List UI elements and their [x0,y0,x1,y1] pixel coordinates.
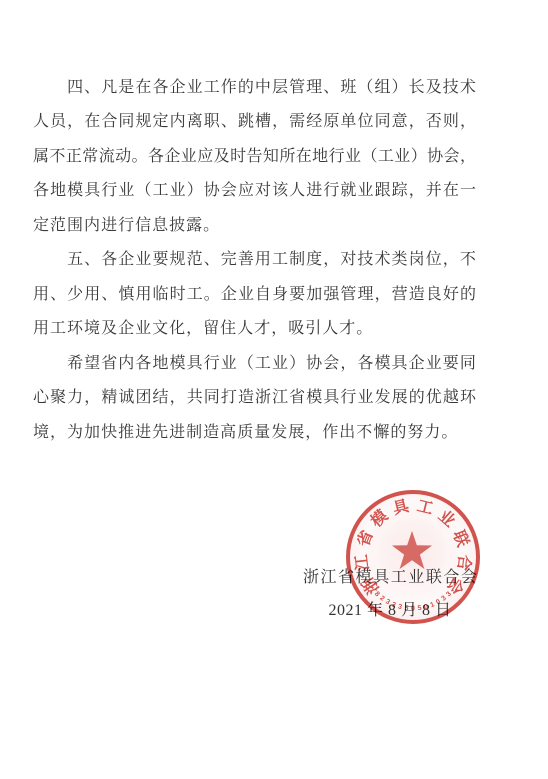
glyph: ） [187,177,203,200]
glyph: 行 [323,177,339,200]
glyph: ， [271,315,288,338]
glyph: 定 [33,212,50,235]
glyph: 信 [135,212,152,235]
glyph: 工 [153,177,169,200]
glyph: 望 [84,350,100,373]
body-line: 五、各企业要规范、完善用工制度，对技术类岗位，不 [33,241,476,276]
glyph: 层 [272,74,288,97]
glyph: 围 [67,212,84,235]
glyph: 知 [263,143,279,166]
glyph: 用 [33,315,50,338]
glyph: 地 [152,350,168,373]
glyph: 同 [204,384,220,407]
glyph: 各 [33,177,49,200]
glyph: 完 [221,246,237,269]
glyph: ） [411,143,427,166]
glyph: 留 [203,315,220,338]
glyph: 技 [357,246,373,269]
glyph: 度 [306,246,322,269]
paragraph-indent [33,257,66,258]
glyph: 不 [49,143,65,166]
glyph: 理 [357,281,373,304]
glyph: 工 [272,246,288,269]
glyph: 对 [340,246,356,269]
glyph: 是 [118,74,134,97]
glyph: 踪 [392,177,408,200]
glyph: 发 [375,384,391,407]
glyph: 发 [271,419,288,442]
glyph: 行 [204,350,220,373]
glyph: 工 [378,143,394,166]
glyph: 常 [82,143,98,166]
glyph: 工 [50,315,67,338]
glyph: 进 [101,212,118,235]
glyph: 具 [373,564,389,587]
glyph: 业 [357,384,373,407]
glyph: 类 [392,246,408,269]
glyph: 地 [312,143,328,166]
glyph: 、 [323,74,339,97]
glyph: 业 [135,315,152,338]
glyph: 、 [101,281,117,304]
glyph: 人 [322,315,339,338]
glyph: 内 [170,108,186,131]
glyph: 离 [187,108,203,131]
body-line: 属不正常流动。各企业应及时告知所在地行业（工业）协会， [33,137,476,172]
glyph: 共 [187,384,203,407]
glyph: 露 [186,212,203,235]
glyph: 企 [118,246,134,269]
glyph: 意 [392,108,408,131]
glyph: 越 [443,384,459,407]
glyph: 企 [164,143,180,166]
glyph: 才 [254,315,271,338]
glyph: ， [460,143,476,166]
glyph: 工 [255,350,271,373]
glyph: 力 [67,384,83,407]
glyph: 、 [84,246,100,269]
glyph: 不 [460,246,476,269]
glyph: 强 [323,281,339,304]
glyph: 心 [33,384,49,407]
glyph: 协 [306,350,322,373]
glyph: 模 [67,177,83,200]
glyph: 规 [135,108,151,131]
glyph: 动 [115,143,131,166]
glyph: 业 [408,564,424,587]
glyph: 展 [288,419,305,442]
glyph: 工 [204,74,220,97]
glyph: 协 [427,143,443,166]
glyph: 业 [426,350,442,373]
glyph: 息 [152,212,169,235]
glyph: 进 [306,177,322,200]
glyph: 文 [152,315,169,338]
glyph: 班 [340,74,356,97]
glyph: 努 [407,419,424,442]
glyph: 凡 [101,74,117,97]
glyph: 模 [374,350,390,373]
glyph: 业 [394,143,410,166]
glyph: 的 [460,281,476,304]
glyph: 行 [118,212,135,235]
glyph: 、 [84,74,100,97]
glyph: 位 [426,246,442,269]
paragraph-indent [33,361,66,362]
glyph: 人 [237,315,254,338]
glyph: 推 [118,419,135,442]
glyph: 良 [426,281,442,304]
glyph: 单 [340,108,356,131]
glyph: 及 [214,143,230,166]
glyph: 各 [101,246,117,269]
glyph: 省 [338,564,354,587]
glyph: 联 [426,564,442,587]
glyph: 出 [339,419,356,442]
glyph: 造 [203,419,220,442]
glyph: 具 [187,350,203,373]
glyph: 并 [426,177,442,200]
glyph: 进 [169,419,186,442]
glyph: 职 [204,108,220,131]
glyph: 。 [203,212,220,235]
glyph: 先 [152,419,169,442]
glyph: 管 [340,281,356,304]
glyph: 慎 [118,281,134,304]
glyph: 好 [443,281,459,304]
glyph: 地 [50,177,66,200]
glyph: 企 [118,315,135,338]
glyph: 定 [153,108,169,131]
glyph: 各 [152,74,168,97]
document-page: 四、凡是在各企业工作的中层管理、班（组）长及技术人员，在合同规定内离职、跳槽，需… [0,0,548,779]
glyph: 身 [272,281,288,304]
glyph: 流 [99,143,115,166]
glyph: 各 [135,350,151,373]
glyph: 要 [443,350,459,373]
glyph: 各 [148,143,164,166]
glyph: 量 [254,419,271,442]
glyph: 会 [221,177,237,200]
glyph: ） [289,350,305,373]
glyph: 同 [118,108,134,131]
glyph: 协 [204,177,220,200]
glyph: 否 [426,108,442,131]
glyph: ， [409,108,425,131]
glyph: 工 [391,564,407,587]
glyph: 时 [230,143,246,166]
glyph: 应 [238,177,254,200]
seal-arc-char: 业 [435,508,458,531]
body-line: 各地模具行业（工业）协会应对该人进行就业跟踪，并在一 [33,172,476,207]
glyph: 快 [101,419,118,442]
glyph: 营 [392,281,408,304]
glyph: 吸 [288,315,305,338]
glyph: 所 [279,143,295,166]
glyph: 、 [221,108,237,131]
glyph: 用 [135,281,151,304]
glyph: 技 [443,74,459,97]
glyph: 聚 [50,384,66,407]
glyph: 各 [357,350,373,373]
glyph: （ [135,177,151,200]
glyph: 经 [306,108,322,131]
glyph: 诚 [118,384,134,407]
glyph: 住 [220,315,237,338]
glyph: 。 [132,143,148,166]
glyph: 江 [272,384,288,407]
glyph: 具 [392,350,408,373]
glyph: 及 [426,74,442,97]
glyph: 应 [197,143,213,166]
signature-block: 浙江省模具工业联合会 2021 年 8 月 8 日 [303,565,477,620]
glyph: ， [460,108,476,131]
glyph: 术 [374,246,390,269]
glyph: 员 [50,108,66,131]
glyph: 临 [153,281,169,304]
glyph: 行 [101,177,117,200]
signature-date: 2021 年 8 月 8 日 [303,597,477,620]
glyph: 具 [84,177,100,200]
glyph: 内 [118,350,134,373]
glyph: 用 [84,281,100,304]
glyph: 业 [181,143,197,166]
glyph: 在 [84,108,100,131]
glyph: ， [67,108,83,131]
glyph: （ [238,350,254,373]
glyph: 告 [246,143,262,166]
glyph: 规 [170,246,186,269]
glyph: 及 [101,315,118,338]
glyph: 五 [67,246,83,269]
glyph: 合 [101,108,117,131]
glyph: ， [186,315,203,338]
body-line: 用工环境及企业文化，留住人才，吸引人才。 [33,310,476,345]
glyph: 同 [460,350,476,373]
glyph: 的 [238,74,254,97]
glyph: 属 [33,143,49,166]
glyph: 制 [186,419,203,442]
glyph: ， [170,384,186,407]
glyph: 环 [460,384,476,407]
glyph: 浙 [303,564,319,587]
glyph: 。 [204,281,220,304]
glyph: 业 [187,74,203,97]
glyph: ， [50,419,67,442]
glyph: 高 [220,419,237,442]
glyph: 的 [390,419,407,442]
seal-arc-char: 具 [391,499,410,518]
glyph: 浙 [255,384,271,407]
glyph: 进 [135,419,152,442]
glyph: （ [357,74,373,97]
glyph: 团 [135,384,151,407]
glyph: 该 [272,177,288,200]
glyph: 时 [170,281,186,304]
glyph: 术 [460,74,476,97]
glyph: 质 [237,419,254,442]
signature-org-name: 浙江省模具工业联合会 [303,565,477,585]
glyph: 跟 [375,177,391,200]
glyph: 优 [426,384,442,407]
glyph: 展 [392,384,408,407]
glyph: 加 [84,419,101,442]
glyph: 模 [306,384,322,407]
glyph: 模 [170,350,186,373]
glyph: 原 [323,108,339,131]
glyph: 范 [50,212,67,235]
glyph: 业 [238,281,254,304]
glyph: 业 [272,350,288,373]
glyph: 中 [255,74,271,97]
glyph: 范 [187,246,203,269]
glyph: 模 [356,564,372,587]
glyph: ， [375,281,391,304]
glyph: 用 [255,246,271,269]
glyph: 业 [135,246,151,269]
glyph: 长 [409,74,425,97]
glyph: 。 [441,419,458,442]
glyph: 的 [409,384,425,407]
glyph: 省 [101,350,117,373]
glyph: ， [443,246,459,269]
glyph: ， [84,384,100,407]
glyph: 懈 [373,419,390,442]
seal-arc-char: 工 [415,499,434,518]
seal-arc-char: 模 [369,508,392,531]
glyph: 江 [321,564,337,587]
seal-arc-char: 联 [449,529,470,550]
glyph: 人 [289,177,305,200]
glyph: 才 [339,315,356,338]
glyph: 岗 [409,246,425,269]
glyph: 会 [444,143,460,166]
glyph: 造 [409,281,425,304]
glyph: 、 [204,246,220,269]
glyph: 组 [374,74,390,97]
glyph: 少 [67,281,83,304]
glyph: 在 [443,177,459,200]
glyph: 业 [118,177,134,200]
glyph: 省 [289,384,305,407]
glyph: 会 [323,350,339,373]
glyph: 打 [221,384,237,407]
glyph: 在 [296,143,312,166]
glyph: 业 [345,143,361,166]
glyph: 不 [356,419,373,442]
body-line: 心聚力，精诚团结，共同打造浙江省模具行业发展的优越环 [33,379,476,414]
glyph: 加 [306,281,322,304]
glyph: 要 [152,246,168,269]
glyph: 一 [460,177,476,200]
glyph: 就 [340,177,356,200]
glyph: 合 [443,564,459,587]
glyph: 精 [101,384,117,407]
glyph: 力 [424,419,441,442]
body-line: 四、凡是在各企业工作的中层管理、班（组）长及技术 [33,68,476,103]
glyph: 行 [329,143,345,166]
glyph: ， [305,419,322,442]
glyph: 要 [289,281,305,304]
glyph: 正 [66,143,82,166]
glyph: 同 [375,108,391,131]
glyph: 境 [33,419,50,442]
glyph: ） [392,74,408,97]
glyph: 希 [67,350,83,373]
glyph: 具 [323,384,339,407]
seal-arc-char: 省 [356,529,377,550]
glyph: 四 [67,74,83,97]
glyph: 人 [33,108,49,131]
glyph: 作 [322,419,339,442]
glyph: 企 [170,74,186,97]
glyph: 自 [255,281,271,304]
glyph: ， [323,246,339,269]
body-line: 境，为加快推进先进制造高质量发展，作出不懈的努力。 [33,413,476,448]
body-line: 用、少用、慎用临时工。企业自身要加强管理，营造良好的 [33,275,476,310]
glyph: 披 [169,212,186,235]
glyph: ， [409,177,425,200]
glyph: 善 [238,246,254,269]
glyph: 管 [289,74,305,97]
glyph: 业 [357,177,373,200]
glyph: 制 [289,246,305,269]
glyph: 。 [356,315,373,338]
glyph: 引 [305,315,322,338]
glyph: 槽 [255,108,271,131]
glyph: 需 [289,108,305,131]
glyph: 位 [357,108,373,131]
glyph: 理 [306,74,322,97]
glyph: 则 [443,108,459,131]
glyph: 为 [67,419,84,442]
paragraph-indent [33,85,66,86]
glyph: 内 [84,212,101,235]
glyph: 业 [170,177,186,200]
glyph: 用 [33,281,49,304]
glyph: 环 [67,315,84,338]
glyph: （ [361,143,377,166]
body-line: 定范围内进行信息披露。 [33,206,476,241]
glyph: ， [272,108,288,131]
glyph: 企 [221,281,237,304]
glyph: 业 [221,350,237,373]
glyph: 化 [169,315,186,338]
glyph: 对 [255,177,271,200]
glyph: 行 [340,384,356,407]
glyph: 企 [409,350,425,373]
glyph: 、 [50,281,66,304]
glyph: 造 [238,384,254,407]
glyph: 境 [84,315,101,338]
glyph: 结 [153,384,169,407]
glyph: 会 [461,564,477,587]
glyph: ， [340,350,356,373]
document-body: 四、凡是在各企业工作的中层管理、班（组）长及技术人员，在合同规定内离职、跳槽，需… [33,68,476,448]
glyph: 跳 [238,108,254,131]
glyph: 作 [221,74,237,97]
glyph: 工 [187,281,203,304]
glyph: 在 [135,74,151,97]
body-line: 人员，在合同规定内离职、跳槽，需经原单位同意，否则， [33,103,476,138]
body-line: 希望省内各地模具行业（工业）协会，各模具企业要同 [33,344,476,379]
